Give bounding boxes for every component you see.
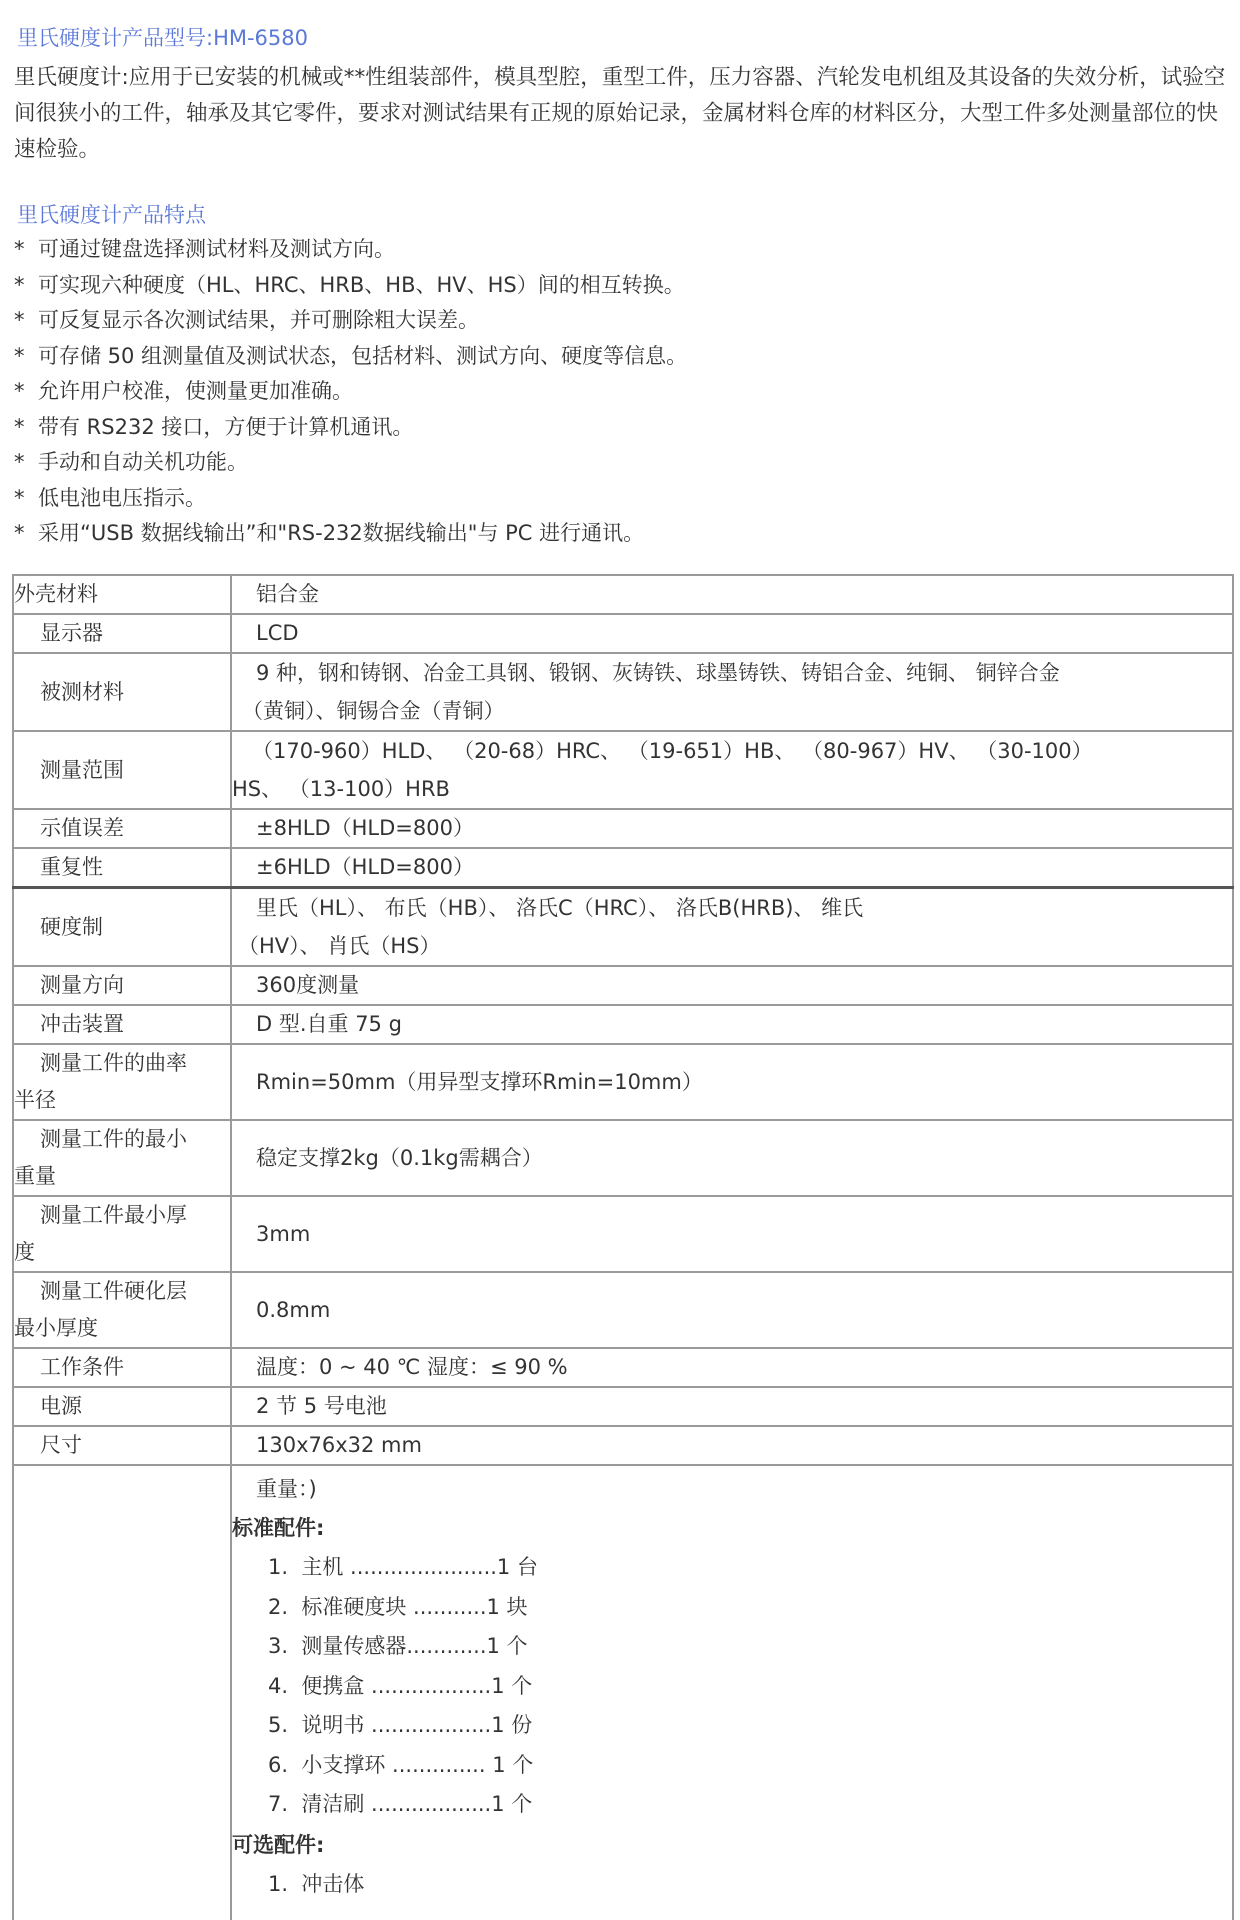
bullet-asterisk: * (14, 339, 38, 375)
row-value: 360度测量 (231, 966, 1233, 1005)
bullet-asterisk: * (14, 374, 38, 410)
table-row: 被测材料 9 种，钢和铸钢、冶金工具钢、锻钢、灰铸铁、球墨铸铁、铸铝合金、纯铜、… (13, 653, 1233, 731)
row-value: 铝合金 (231, 575, 1233, 614)
table-row: 显示器 LCD (13, 614, 1233, 653)
features-list: *可通过键盘选择测试材料及测试方向。 *可实现六种硬度（HL、HRC、HRB、H… (14, 232, 687, 552)
row-label: 工作条件 (13, 1348, 231, 1387)
row-value: ±8HLD（HLD=800） (231, 809, 1233, 848)
row-value: 2 节 5 号电池 (231, 1387, 1233, 1426)
bullet-asterisk: * (14, 232, 38, 268)
row-label: 硬度制 (13, 888, 231, 967)
features-heading: 里氏硬度计产品特点 (17, 199, 206, 229)
row-value: 3mm (231, 1196, 1233, 1272)
row-value: （170-960）HLD、 （20-68）HRC、 （19-651）HB、 （8… (231, 731, 1233, 809)
row-label: 重复性 (13, 848, 231, 888)
row-label: 尺寸 (13, 1426, 231, 1465)
feature-item: *带有 RS232 接口，方便于计算机通讯。 (14, 410, 687, 446)
accessory-item: 6. 小支撑环 .............. 1 个 (256, 1746, 1228, 1786)
bullet-asterisk: * (14, 516, 38, 552)
table-row-accessories: 重量：) 标准配件: 1. 主机 ......................1… (13, 1465, 1233, 1920)
accessory-item: 5. 说明书 ..................1 份 (256, 1706, 1228, 1746)
feature-item: *采用“USB 数据线输出”和"RS-232数据线输出"与 PC 进行通讯。 (14, 516, 687, 552)
row-value: 稳定支撑2kg（0.1kg需耦合） (231, 1120, 1233, 1196)
accessory-item: 1. 主机 ......................1 台 (256, 1548, 1228, 1588)
row-label: 测量范围 (13, 731, 231, 809)
row-value: LCD (231, 614, 1233, 653)
row-label: 测量工件的最小 重量 (13, 1120, 231, 1196)
accessory-item: 7. 清洁刷 ..................1 个 (256, 1785, 1228, 1825)
table-row: 外壳材料 铝合金 (13, 575, 1233, 614)
row-label: 测量工件的曲率 半径 (13, 1044, 231, 1120)
accessories-cell: 重量：) 标准配件: 1. 主机 ......................1… (231, 1465, 1233, 1920)
model-heading: 里氏硬度计产品型号:HM-6580 (17, 22, 308, 52)
feature-item: *可通过键盘选择测试材料及测试方向。 (14, 232, 687, 268)
row-value: Rmin=50mm（用异型支撑环Rmin=10mm） (231, 1044, 1233, 1120)
feature-item: *低电池电压指示。 (14, 481, 687, 517)
bullet-asterisk: * (14, 268, 38, 304)
standard-accessories-title: 标准配件: (232, 1508, 1228, 1548)
row-label: 电源 (13, 1387, 231, 1426)
optional-accessories-title: 可选配件: (232, 1825, 1228, 1865)
row-label: 外壳材料 (13, 575, 231, 614)
bullet-asterisk: * (14, 410, 38, 446)
feature-item: *可实现六种硬度（HL、HRC、HRB、HB、HV、HS）间的相互转换。 (14, 268, 687, 304)
accessory-item: 1. 冲击体 (256, 1865, 1228, 1905)
table-row: 冲击装置 D 型.自重 75 g (13, 1005, 1233, 1044)
row-label: 冲击装置 (13, 1005, 231, 1044)
row-label: 被测材料 (13, 653, 231, 731)
row-value: ±6HLD（HLD=800） (231, 848, 1233, 888)
bullet-asterisk: * (14, 445, 38, 481)
table-row: 测量方向 360度测量 (13, 966, 1233, 1005)
row-value: 0.8mm (231, 1272, 1233, 1348)
table-row: 测量工件硬化层 最小厚度 0.8mm (13, 1272, 1233, 1348)
table-row: 测量工件的曲率 半径 Rmin=50mm（用异型支撑环Rmin=10mm） (13, 1044, 1233, 1120)
spec-table: 外壳材料 铝合金 显示器 LCD 被测材料 9 种，钢和铸钢、冶金工具钢、锻钢、… (12, 574, 1234, 1920)
feature-item: *可存储 50 组测量值及测试状态，包括材料、测试方向、硬度等信息。 (14, 339, 687, 375)
row-label: 示值误差 (13, 809, 231, 848)
row-label: 测量方向 (13, 966, 231, 1005)
table-row: 尺寸 130x76x32 mm (13, 1426, 1233, 1465)
table-row: 电源 2 节 5 号电池 (13, 1387, 1233, 1426)
row-label: 测量工件最小厚 度 (13, 1196, 231, 1272)
row-label: 测量工件硬化层 最小厚度 (13, 1272, 231, 1348)
table-row: 示值误差 ±8HLD（HLD=800） (13, 809, 1233, 848)
feature-item: *可反复显示各次测试结果，并可删除粗大误差。 (14, 303, 687, 339)
row-label-empty (13, 1465, 231, 1920)
table-row: 硬度制 里氏（HL）、 布氏（HB）、 洛氏C（HRC）、 洛氏B(HRB)、 … (13, 888, 1233, 967)
bullet-asterisk: * (14, 303, 38, 339)
accessory-item: 4. 便携盒 ..................1 个 (256, 1667, 1228, 1707)
table-row: 测量范围 （170-960）HLD、 （20-68）HRC、 （19-651）H… (13, 731, 1233, 809)
row-value: D 型.自重 75 g (231, 1005, 1233, 1044)
row-label: 显示器 (13, 614, 231, 653)
table-row: 测量工件的最小 重量 稳定支撑2kg（0.1kg需耦合） (13, 1120, 1233, 1196)
table-row: 测量工件最小厚 度 3mm (13, 1196, 1233, 1272)
row-value: 温度：0 ~ 40 ℃ 湿度：≤ 90 % (231, 1348, 1233, 1387)
accessory-item: 2. 标准硬度块 ...........1 块 (256, 1588, 1228, 1628)
bullet-asterisk: * (14, 481, 38, 517)
intro-paragraph: 里氏硬度计:应用于已安装的机械或**性组装部件，模具型腔，重型工件，压力容器、汽… (14, 60, 1229, 168)
row-value: 里氏（HL）、 布氏（HB）、 洛氏C（HRC）、 洛氏B(HRB)、 维氏 （… (231, 888, 1233, 967)
row-value: 130x76x32 mm (231, 1426, 1233, 1465)
table-row: 重复性 ±6HLD（HLD=800） (13, 848, 1233, 888)
feature-item: *允许用户校准，使测量更加准确。 (14, 374, 687, 410)
accessory-item: 3. 测量传感器............1 个 (256, 1627, 1228, 1667)
table-row: 工作条件 温度：0 ~ 40 ℃ 湿度：≤ 90 % (13, 1348, 1233, 1387)
row-value: 9 种，钢和铸钢、冶金工具钢、锻钢、灰铸铁、球墨铸铁、铸铝合金、纯铜、 铜锌合金… (231, 653, 1233, 731)
weight-line: 重量：) (232, 1470, 1228, 1508)
feature-item: *手动和自动关机功能。 (14, 445, 687, 481)
